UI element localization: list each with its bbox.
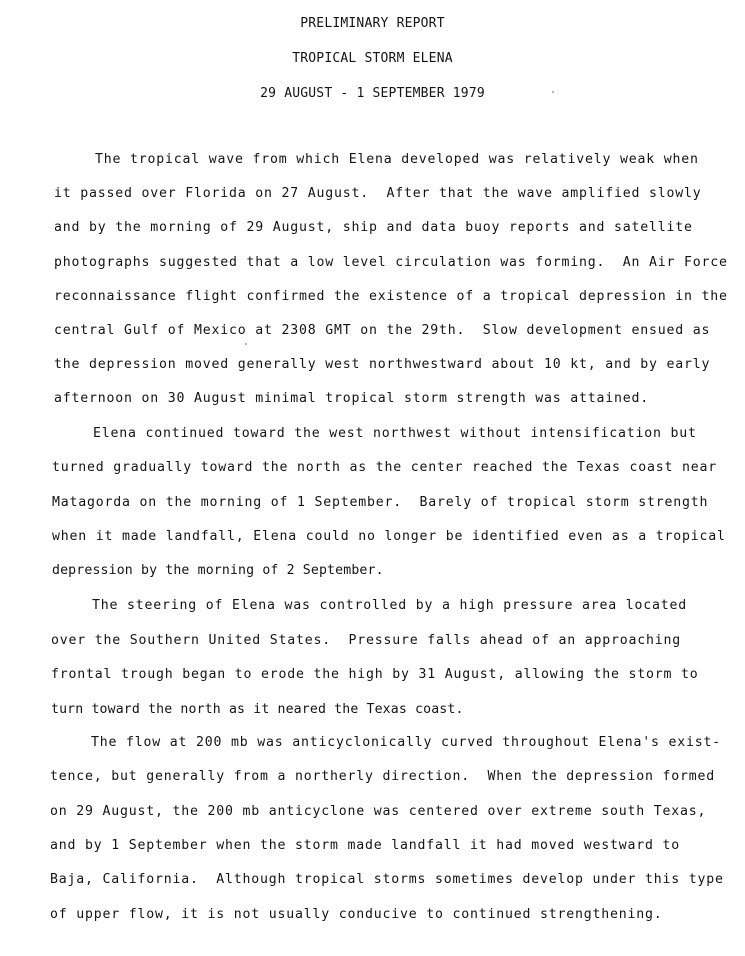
- paragraph-line: of upper flow, it is not usually conduci…: [50, 907, 663, 922]
- scan-speck: [552, 91, 554, 93]
- storm-name: TROPICAL STORM ELENA: [0, 51, 745, 66]
- paragraph-line: and by the morning of 29 August, ship an…: [54, 220, 693, 235]
- paragraph-line: and by 1 September when the storm made l…: [50, 838, 680, 853]
- paragraph-first-line: Elena continued toward the west northwes…: [93, 426, 697, 441]
- scan-speck: [245, 343, 247, 345]
- document-page: PRELIMINARY REPORT TROPICAL STORM ELENA …: [0, 0, 745, 956]
- report-dates: 29 AUGUST - 1 SEPTEMBER 1979: [0, 86, 745, 101]
- report-title: PRELIMINARY REPORT: [0, 16, 745, 31]
- paragraph-line: over the Southern United States. Pressur…: [51, 633, 681, 648]
- paragraph-line: turned gradually toward the north as the…: [52, 460, 717, 475]
- paragraph-line: tence, but generally from a northerly di…: [50, 769, 715, 784]
- paragraph-line: frontal trough began to erode the high b…: [51, 667, 699, 682]
- paragraph-first-line: The steering of Elena was controlled by …: [92, 598, 687, 613]
- paragraph-line: when it made landfall, Elena could no lo…: [52, 529, 726, 544]
- paragraph-line: on 29 August, the 200 mb anticyclone was…: [50, 804, 706, 819]
- paragraph-line: depression by the morning of 2 September…: [52, 563, 384, 578]
- paragraph-line: Baja, California. Although tropical stor…: [50, 872, 724, 887]
- paragraph-line: photographs suggested that a low level c…: [54, 255, 728, 270]
- paragraph-line: the depression moved generally west nort…: [54, 357, 710, 372]
- paragraph-line: central Gulf of Mexico at 2308 GMT on th…: [54, 323, 710, 338]
- paragraph-first-line: The tropical wave from which Elena devel…: [95, 152, 699, 167]
- paragraph-line: reconnaissance flight confirmed the exis…: [54, 289, 728, 304]
- paragraph-line: Matagorda on the morning of 1 September.…: [52, 495, 708, 510]
- paragraph-first-line: The flow at 200 mb was anticyclonically …: [91, 735, 721, 750]
- paragraph-line: it passed over Florida on 27 August. Aft…: [54, 186, 702, 201]
- paragraph-line: turn toward the north as it neared the T…: [51, 702, 464, 717]
- paragraph-line: afternoon on 30 August minimal tropical …: [54, 391, 649, 406]
